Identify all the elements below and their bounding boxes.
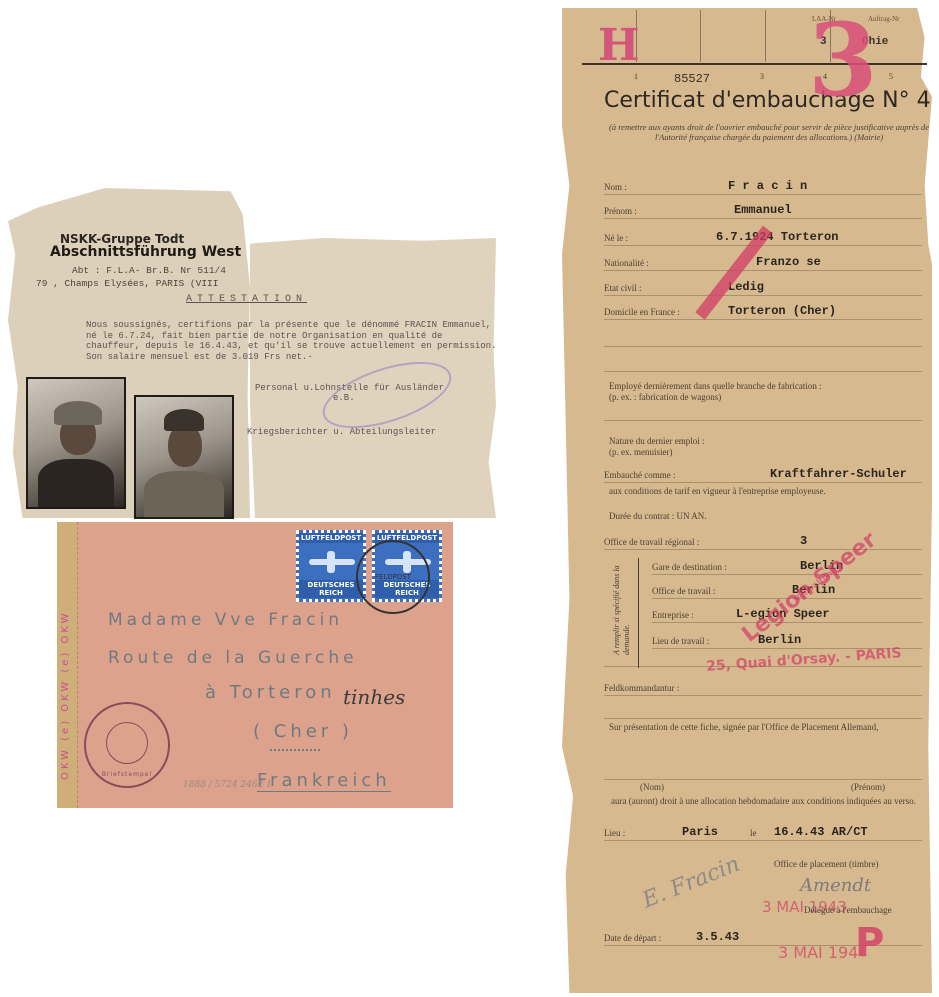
stamp-emblem	[106, 722, 148, 764]
attestation-signature-line3: Kriegsberichter u. Abteilungsleiter	[247, 427, 436, 437]
censor-stamp: Briefstempel	[84, 702, 170, 788]
field-label: Prénom :	[604, 206, 637, 216]
attestation-title: ATTESTATION	[186, 294, 307, 305]
allocation-text: aura (auront) droit à une allocation heb…	[611, 796, 927, 806]
cap-shape	[164, 409, 204, 431]
stamp-number-3: 3	[808, 10, 878, 110]
lieu-value: Paris	[682, 825, 718, 839]
nom-caption: (Nom)	[640, 782, 664, 792]
censor-stamp-label: Briefstempel	[86, 771, 168, 778]
attestation-department: Abt : F.L.A- Br.B. Nr 511/4	[72, 265, 226, 276]
photo-torso	[144, 471, 224, 517]
field-value: 3.5.43	[696, 930, 739, 944]
dernier-emploi-hint: (p. ex. menuisier)	[609, 447, 672, 457]
field-label: Entreprise :	[652, 610, 694, 620]
prenom-caption: (Prénom)	[851, 782, 885, 792]
header-column-divider	[700, 10, 701, 62]
portrait-photo-helmet	[26, 377, 126, 509]
field-feldkommandantur: Feldkommandantur :	[604, 679, 922, 696]
field-value: Kraftfahrer-Schuler	[770, 467, 907, 481]
address-line-2: Route de la Guerche	[108, 648, 358, 668]
postage-stamp: LUFTFELDPOST DEUTSCHES REICH	[296, 530, 366, 602]
presentation-text: Sur présentation de cette fiche, signée …	[609, 722, 929, 732]
header-column-number: 5	[889, 72, 893, 81]
header-column-number: 1	[634, 72, 638, 81]
field-label: Gare de destination :	[652, 562, 727, 572]
field-embauche: Embauché comme : Kraftfahrer-Schuler	[604, 466, 922, 483]
field-nom: Nom : F r a c i n	[604, 178, 922, 195]
field-label: Lieu :	[604, 828, 625, 838]
address-line-3: à Torteron	[205, 682, 336, 703]
field-label: Office de travail :	[652, 586, 716, 596]
field-value: F r a c i n	[728, 179, 807, 193]
blank-line	[604, 763, 922, 780]
field-nationalite: Nationalité : Franzo se	[604, 254, 922, 271]
blank-line	[604, 355, 922, 372]
stamp-letter-p: P	[855, 920, 884, 966]
photo-torso	[38, 459, 114, 507]
field-value: Franzo se	[756, 255, 821, 269]
attestation-org-line2: Abschnittsführung West	[50, 244, 241, 260]
field-prenom: Prénom : Emmanuel	[604, 202, 922, 219]
certificate-title: Certificat d'embauchage N° 4	[604, 88, 931, 113]
field-label: Nom :	[604, 182, 627, 192]
stamp-bottom-label: DEUTSCHES REICH	[299, 580, 363, 598]
envelope-edge-marking: OKW (e) OKW (e) OKW	[60, 510, 71, 780]
field-etat-civil: Etat civil : Ledig	[604, 279, 922, 296]
field-label: Etat civil :	[604, 283, 642, 293]
branche-hint: (p. ex. : fabrication de wagons)	[609, 392, 721, 402]
delegue-label: Délégué à l'embauchage	[804, 905, 892, 915]
side-note: A remplir si spécifié dans la demande.	[612, 545, 632, 655]
date-value: 16.4.43 AR/CT	[774, 825, 868, 839]
blank-line	[604, 702, 922, 719]
ink-signature: Amendt	[800, 875, 871, 896]
tarif-text: aux conditions de tarif en vigueur à l'e…	[609, 486, 826, 496]
pencil-note: 1888 / 5724 2462 1	[183, 780, 272, 790]
address-line-4: ( Cher )	[253, 721, 353, 742]
branche-label: Employé dernièrement dans quelle branche…	[609, 381, 822, 391]
attestation-address: 79 , Champs Elysées, PARIS (VIII	[36, 278, 218, 289]
field-value: Torteron (Cher)	[728, 304, 836, 318]
helmet-shape	[54, 401, 102, 425]
address-line-1: Madame Vve Fracin	[108, 610, 343, 630]
airplane-icon	[309, 559, 355, 565]
attestation-body: Nous soussignés, certifions par la prése…	[86, 320, 498, 362]
blank-line	[604, 330, 922, 347]
field-label: Domicile en France :	[604, 307, 680, 317]
date-stamp-2: 3 MAI 194	[778, 943, 858, 962]
field-label: Nationalité :	[604, 258, 649, 268]
field-lieu-date: Lieu : Paris le 16.4.43 AR/CT	[604, 824, 922, 841]
le-label: le	[750, 828, 757, 838]
field-label: Lieu de travail :	[652, 636, 709, 646]
office-placement-label: Office de placement (timbre)	[774, 859, 879, 869]
certificate-serial: 85527	[674, 72, 710, 86]
duree-contrat: Durée du contrat : UN AN.	[609, 511, 706, 521]
header-column-divider	[765, 10, 766, 62]
field-value: 6.7.1924 Torteron	[716, 230, 838, 244]
field-label: Né le :	[604, 233, 628, 243]
stamp-top-label: LUFTFELDPOST	[299, 533, 363, 543]
address-line-5: Frankreich	[257, 770, 391, 792]
header-column-number: 3	[760, 72, 764, 81]
certificate-subtitle: (à remettre aux ayants droit de l'ouvrie…	[604, 122, 934, 142]
blank-line	[604, 404, 922, 421]
field-gare: Gare de destination : Berlin	[652, 558, 922, 575]
field-value: 3	[800, 534, 807, 548]
stamp-letter-h: H	[598, 20, 640, 71]
dernier-emploi-label: Nature du dernier emploi :	[609, 436, 704, 446]
field-label: Feldkommandantur :	[604, 683, 679, 693]
field-label: Date de départ :	[604, 933, 661, 943]
postmark: FELDPOST	[356, 540, 430, 614]
field-label: Embauché comme :	[604, 470, 675, 480]
handwritten-note: tinhes	[343, 685, 405, 709]
certificate-paper	[562, 8, 932, 993]
portrait-photo-uniform	[134, 395, 234, 519]
field-domicile: Domicile en France : Torteron (Cher)	[604, 303, 922, 320]
postmark-label: FELDPOST	[375, 573, 411, 581]
wavy-underline	[270, 745, 320, 751]
field-value: Emmanuel	[734, 203, 792, 217]
